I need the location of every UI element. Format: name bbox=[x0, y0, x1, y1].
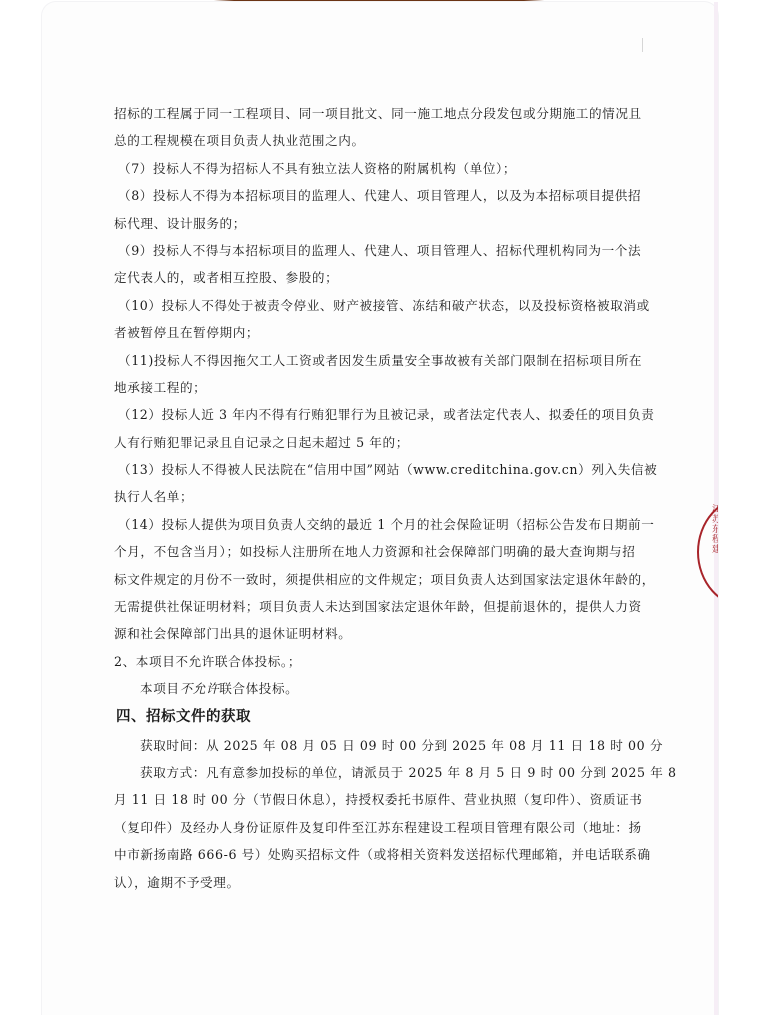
acquisition-method-cont: 中市新扬南路 666-6 号）处购买招标文件（或将相关资料发送招标代理邮箱，并电… bbox=[114, 841, 584, 868]
list-item-12: （12）投标人近 3 年内不得有行贿犯罪行为且被记录，或者法定代表人、拟委任的项… bbox=[114, 401, 584, 428]
list-item-11-cont: 地承接工程的； bbox=[114, 374, 584, 401]
consortium-note-suffix: 联合体投标。 bbox=[219, 681, 298, 696]
list-item-14: （14）投标人提供为项目负责人交纳的最近 1 个月的社会保险证明（招标公告发布日… bbox=[114, 511, 584, 538]
list-item-8-cont: 标代理、设计服务的； bbox=[114, 210, 584, 237]
acquisition-method-cont: 认），逾期不予受理。 bbox=[114, 869, 584, 896]
consortium-clause: 2、本项目不允许联合体投标。； bbox=[114, 648, 584, 675]
list-item-9-cont: 定代表人的，或者相互控股、参股的； bbox=[114, 264, 584, 291]
list-item-13: （13）投标人不得被人民法院在“信用中国”网站（www.creditchina.… bbox=[114, 456, 584, 483]
page-mark bbox=[642, 38, 643, 52]
list-item-9: （9）投标人不得与本招标项目的监理人、代建人、项目管理人、招标代理机构同为一个法 bbox=[114, 237, 584, 264]
consortium-note: 本项目不允许联合体投标。 bbox=[114, 675, 584, 702]
document-body: 招标的工程属于同一工程项目、同一项目批文、同一施工地点分段发包或分期施工的情况且… bbox=[114, 100, 584, 896]
list-item-8: （8）投标人不得为本招标项目的监理人、代建人、项目管理人，以及为本招标项目提供招 bbox=[114, 182, 584, 209]
consortium-note-prefix: 本项目 bbox=[140, 681, 180, 696]
acquisition-method: 获取方式：凡有意参加投标的单位，请派员于 2025 年 8 月 5 日 9 时 … bbox=[114, 759, 584, 786]
list-item-14-cont: 无需提供社保证明材料；项目负责人未达到国家法定退休年龄，但提前退休的，提供人力资 bbox=[114, 593, 584, 620]
list-item-7: （7）投标人不得为招标人不具有独立法人资格的附属机构（单位）； bbox=[114, 155, 584, 182]
list-item-12-cont: 人有行贿犯罪记录且自记录之日起未超过 5 年的； bbox=[114, 429, 584, 456]
acquisition-time: 获取时间：从 2025 年 08 月 05 日 09 时 00 分到 2025 … bbox=[114, 732, 584, 759]
list-item-14-cont: 个月，不包含当月）；如投标人注册所在地人力资源和社会保障部门明确的最大查询期与招 bbox=[114, 538, 584, 565]
list-item-14-cont: 标文件规定的月份不一致时，须提供相应的文件规定；项目负责人达到国家法定退休年龄的… bbox=[114, 566, 584, 593]
list-item-14-cont: 源和社会保障部门出具的退休证明材料。 bbox=[114, 620, 584, 647]
list-item-10: （10）投标人不得处于被责令停业、财产被接管、冻结和破产状态，以及投标资格被取消… bbox=[114, 292, 584, 319]
list-item-10-cont: 者被暂停且在暂停期内； bbox=[114, 319, 584, 346]
paragraph-line: 总的工程规模在项目负责人执业范围之内。 bbox=[114, 127, 584, 154]
acquisition-method-cont: 月 11 日 18 时 00 分（节假日休息），持授权委托书原件、营业执照（复印… bbox=[114, 786, 584, 813]
list-item-13-cont: 执行人名单； bbox=[114, 483, 584, 510]
paragraph-line: 招标的工程属于同一工程项目、同一项目批文、同一施工地点分段发包或分期施工的情况且 bbox=[114, 100, 584, 127]
acquisition-method-cont: （复印件）及经办人身份证原件及复印件至江苏东程建设工程项目管理有限公司（地址：扬 bbox=[114, 814, 584, 841]
list-item-11: （11)投标人不得因拖欠工人工资或者因发生质量安全事故被有关部门限制在招标项目所… bbox=[114, 347, 584, 374]
seal-text: 江苏东程建 bbox=[706, 504, 718, 554]
consortium-note-italic: 不允许 bbox=[180, 681, 220, 696]
company-seal: 江苏东程建 bbox=[680, 488, 718, 620]
section-heading: 四、招标文件的获取 bbox=[114, 703, 584, 732]
